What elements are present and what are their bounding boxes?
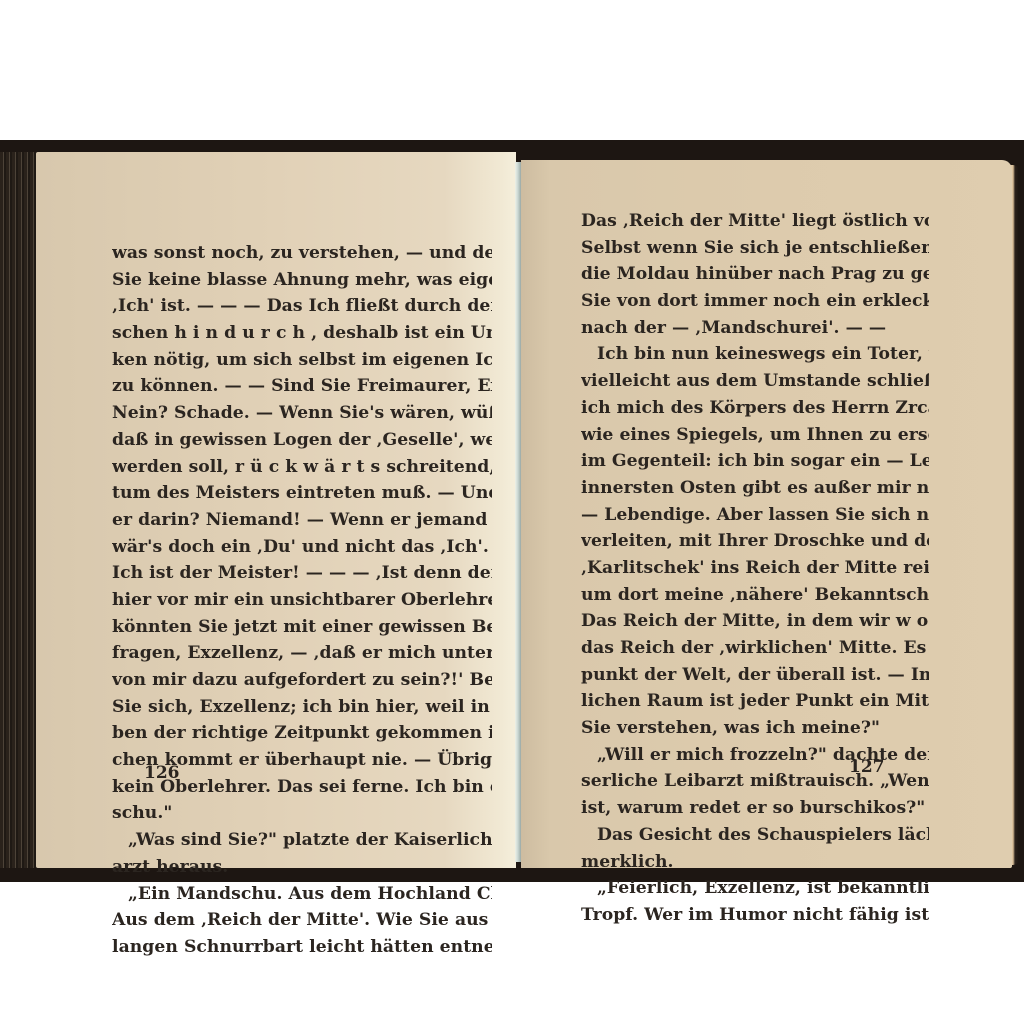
- text-line: lichen Raum ist jeder Punkt ein Mittelpu…: [581, 688, 929, 715]
- text-line: merklich.: [581, 849, 929, 876]
- text-line: „Feierlich, Exzellenz, ist bekanntlich n…: [581, 875, 929, 902]
- text-line: könnten Sie jetzt mit einer gewissen Ber…: [112, 614, 492, 641]
- text-line: vielleicht aus dem Umstande schließen kö…: [581, 368, 929, 395]
- text-line: arzt heraus.: [112, 854, 492, 881]
- text-line: „Ein Mandschu. Aus dem Hochland Chinas.: [112, 881, 492, 908]
- text-line: das Reich der ‚wirklichen' Mitte. Es ist…: [581, 635, 929, 662]
- text-line: ist, warum redet er so burschikos?": [581, 795, 929, 822]
- text-line: hier vor mir ein unsichtbarer Oberlehrer…: [112, 587, 492, 614]
- text-line: Selbst wenn Sie sich je entschließen kön…: [581, 235, 929, 262]
- text-line: schu.": [112, 800, 492, 827]
- text-line: Sie sich, Exzellenz; ich bin hier, weil …: [112, 694, 492, 721]
- text-line: ‚Ich' ist. — — — Das Ich fließt durch de…: [112, 293, 492, 320]
- text-line: Nein? Schade. — Wenn Sie's wären, wüßten…: [112, 400, 492, 427]
- text-line: von mir dazu aufgefordert zu sein?!' Ber…: [112, 667, 492, 694]
- page-number: 127: [849, 757, 885, 777]
- right-page: Das ‚Reich der Mitte' liegt östlich vom …: [521, 160, 1012, 868]
- text-line: was sonst noch, zu verstehen, — und desh…: [112, 240, 492, 267]
- page-number: 126: [144, 763, 180, 783]
- right-page-text: Das ‚Reich der Mitte' liegt östlich vom …: [581, 208, 929, 929]
- text-line: schen h i n d u r c h , deshalb ist ein …: [112, 320, 492, 347]
- text-line: Das Gesicht des Schauspielers lächelte u…: [581, 822, 929, 849]
- text-line: Tropf. Wer im Humor nicht fähig ist, den…: [581, 902, 929, 929]
- text-line: ‚Karlitschek' ins Reich der Mitte reisen…: [581, 555, 929, 582]
- text-line: langen Schnurrbart leicht hätten entnehm…: [112, 934, 492, 961]
- text-line: fragen, Exzellenz, — ‚daß er mich unterr…: [112, 640, 492, 667]
- text-line: Aus dem ‚Reich der Mitte'. Wie Sie aus m…: [112, 907, 492, 934]
- text-line: „Was sind Sie?" platzte der Kaiserliche …: [112, 827, 492, 854]
- text-line: werden soll, r ü c k w ä r t s schreiten…: [112, 454, 492, 481]
- text-line: im Gegenteil: ich bin sogar ein — Lebend…: [581, 448, 929, 475]
- text-line: er darin? Niemand! — Wenn er jemand dari…: [112, 507, 492, 534]
- book-gutter: [515, 162, 521, 862]
- text-line: innersten Osten gibt es außer mir noch m…: [581, 475, 929, 502]
- text-line: zu können. — — Sind Sie Freimaurer, Exze…: [112, 373, 492, 400]
- text-line: punkt der Welt, der überall ist. — Im un…: [581, 662, 929, 689]
- text-line: ken nötig, um sich selbst im eigenen Ich…: [112, 347, 492, 374]
- text-line: nach der — ‚Mandschurei'. — —: [581, 315, 929, 342]
- text-line: ben der richtige Zeitpunkt gekommen ist.…: [112, 720, 492, 747]
- text-line: die Moldau hinüber nach Prag zu gehen, h…: [581, 261, 929, 288]
- text-line: Sie verstehen, was ich meine?": [581, 715, 929, 742]
- text-line: um dort meine ‚nähere' Bekanntschaft zu …: [581, 582, 929, 609]
- text-line: daß in gewissen Logen der ‚Geselle', wen…: [112, 427, 492, 454]
- text-line: ich mich des Körpers des Herrn Zrcadlo b…: [581, 395, 929, 422]
- text-line: wär's doch ein ‚Du' und nicht das ‚Ich'.…: [112, 534, 492, 561]
- text-line: wie eines Spiegels, um Ihnen zu erschein…: [581, 422, 929, 449]
- text-line: verleiten, mit Ihrer Droschke und dem Is…: [581, 528, 929, 555]
- text-line: Sie keine blasse Ahnung mehr, was eigent…: [112, 267, 492, 294]
- text-line: Das Reich der Mitte, in dem wir w o h n …: [581, 608, 929, 635]
- left-page-text: was sonst noch, zu verstehen, — und desh…: [112, 240, 492, 961]
- text-line: tum des Meisters eintreten muß. — Und we…: [112, 480, 492, 507]
- text-line: Ich bin nun keineswegs ein Toter, wie Si…: [581, 341, 929, 368]
- text-line: Sie von dort immer noch ein erkleckliche…: [581, 288, 929, 315]
- left-page: was sonst noch, zu verstehen, — und desh…: [36, 152, 516, 868]
- text-line: — Lebendige. Aber lassen Sie sich nicht …: [581, 502, 929, 529]
- text-line: Das ‚Reich der Mitte' liegt östlich vom …: [581, 208, 929, 235]
- page-edges-left: [0, 152, 36, 868]
- text-line: Ich ist der Meister! — — — ‚Ist denn der…: [112, 560, 492, 587]
